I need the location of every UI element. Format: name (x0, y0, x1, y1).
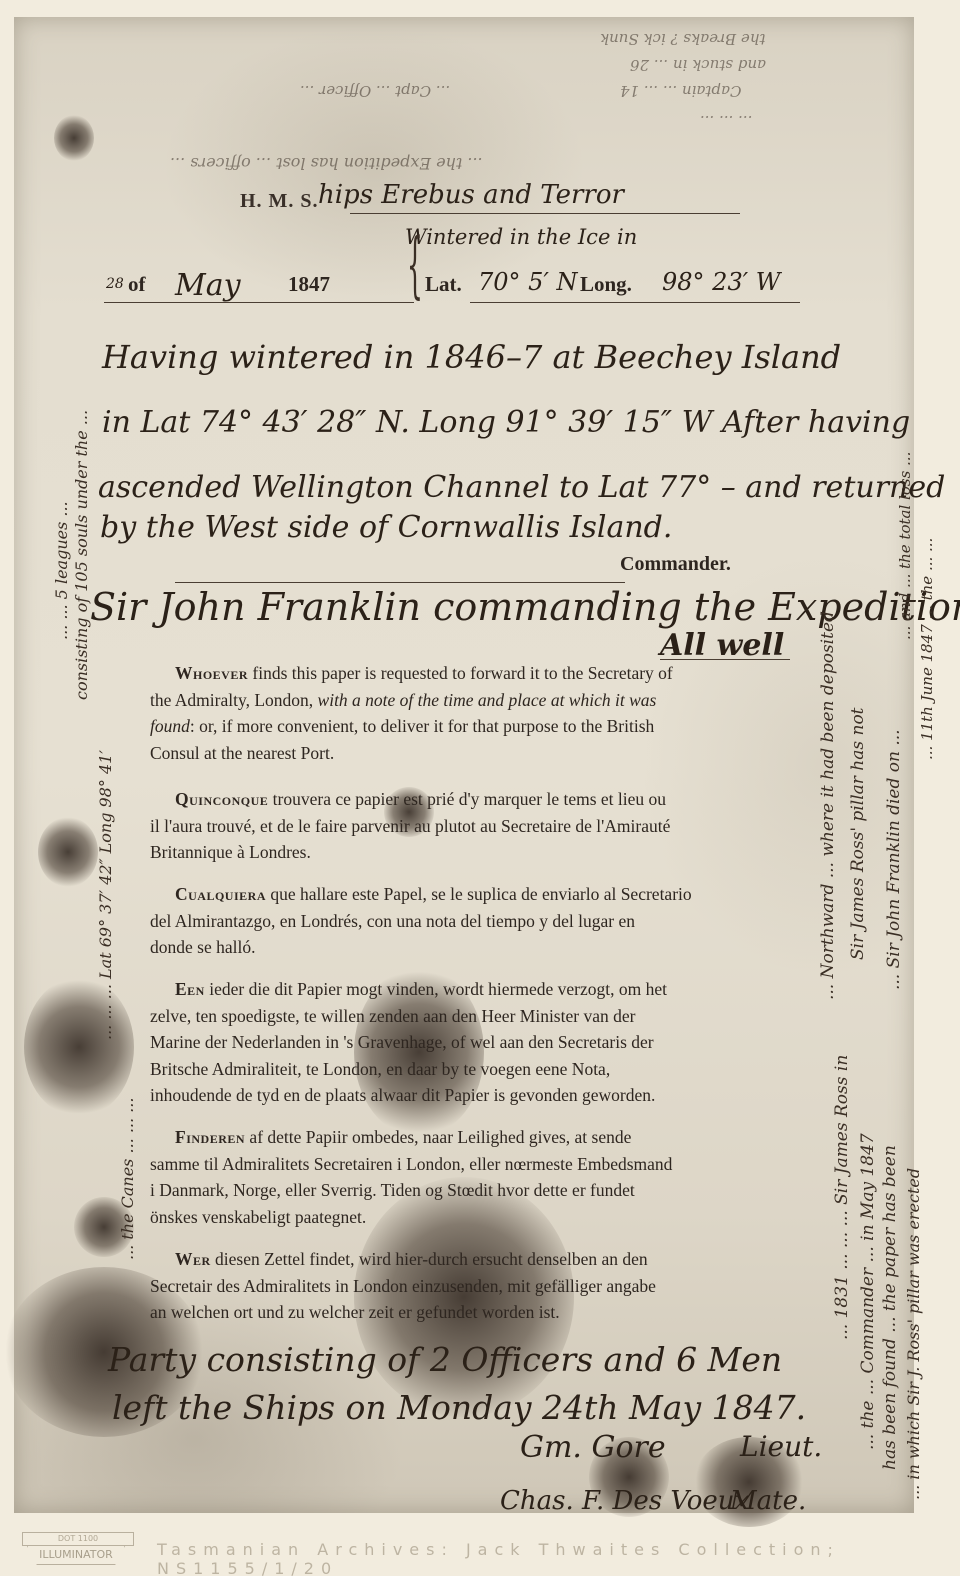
lat-label: Lat. (425, 272, 462, 297)
signature-des-voeux-rank: Mate. (730, 1486, 806, 1516)
header-underline (350, 213, 740, 214)
dutch-line-1: ieder die dit Papier mogt vinden, wordt … (205, 979, 667, 999)
german-line-2: Secretair des Admiralitets in London ein… (150, 1273, 815, 1300)
danish-line-1: af dette Papiir ombedes, naar Leilighed … (245, 1127, 631, 1147)
party-note-line-2: left the Ships on Monday 24th May 1847. (112, 1388, 806, 1427)
english-line-3: : or, if more convenient, to deliver it … (190, 716, 654, 736)
german-lead: Wer (175, 1249, 211, 1269)
french-line-2: il l'aura trouvé, et de le faire parveni… (150, 813, 815, 840)
margin-note-top-2: and stuck in ... 26 (630, 56, 766, 74)
commander-rule (175, 582, 625, 583)
paragraph-english: Whoever finds this paper is requested to… (175, 660, 815, 766)
long-label: Long. (580, 272, 632, 297)
lat-value: 70° 5′ N (478, 268, 578, 296)
margin-note-right-6: ... the ... Commander ... in May 1847 (858, 1133, 878, 1450)
wintered-in-ice: Wintered in the Ice in (405, 225, 637, 249)
paragraph-dutch: Een ieder die dit Papier mogt vinden, wo… (175, 976, 815, 1109)
main-note-line-1: Having wintered in 1846–7 at Beechey Isl… (102, 338, 841, 376)
margin-note-top-3: Captain ... ... 14 (620, 82, 741, 100)
main-note-line-2: in Lat 74° 43′ 28″ N. Long 91° 39′ 15″ W… (102, 405, 910, 440)
ink-stain (54, 115, 94, 161)
signature-gore: Gm. Gore (520, 1430, 666, 1465)
german-line-3: an welchen ort und zu welcher zeit er ge… (150, 1299, 815, 1326)
brace: { (407, 222, 423, 306)
english-line-2: the Admiralty, London, (150, 690, 318, 710)
margin-note-top-4: ... Capt ... Officer ... (300, 82, 450, 100)
spanish-line-3: donde se halló. (150, 934, 815, 961)
margin-note-right-3: ... Northward ... where it had been depo… (818, 611, 838, 1000)
printed-header-hms: H. M. S. (240, 190, 319, 213)
margin-note-right-4: Sir James Ross' pillar has not (848, 707, 868, 960)
german-line-1: diesen Zettel findet, wird hier-durch er… (211, 1249, 648, 1269)
margin-note-left-4: ... the Canes ... ... ... (118, 1098, 137, 1260)
latlong-underline (470, 302, 800, 303)
margin-note-top-5: ... ... ... (700, 112, 752, 130)
paragraph-spanish: Cualquiera que hallare este Papel, se le… (175, 881, 815, 961)
date-month: May (175, 268, 241, 303)
dutch-line-5: inhoudende de tyd en de plaats alwaar di… (150, 1082, 815, 1109)
english-italic: with a note of the time and place at whi… (318, 690, 657, 710)
main-note-line-3: ascended Wellington Channel to Lat 77° –… (98, 470, 945, 505)
dutch-line-2: zelve, ten spoedigste, te willen zenden … (150, 1003, 815, 1030)
danish-line-2: samme til Admiralitets Secretairen i Lon… (150, 1151, 815, 1178)
signature-gore-rank: Lieut. (740, 1430, 822, 1463)
margin-note-right-9: ... in which Sir J. Ross' pillar was ere… (904, 1168, 923, 1500)
dutch-lead: Een (175, 979, 205, 999)
party-note-line-1: Party consisting of 2 Officers and 6 Men (108, 1340, 782, 1379)
margin-note-top-1: the Breaks ? ick Sunk (600, 30, 765, 48)
date-year: 1847 (288, 272, 330, 297)
ink-stain (24, 977, 134, 1117)
spanish-line-1: que hallare este Papel, se le suplica de… (266, 884, 692, 904)
margin-note-right-5: ... 1831 ... ... ... Sir James Ross in (832, 1055, 852, 1340)
english-found: found (150, 716, 190, 736)
margin-note-left-1: ... ... 5 leagues ... (52, 501, 71, 640)
margin-note-top-inverted: ... the Expedition has lost ... officers… (170, 154, 483, 173)
danish-line-3: i Danmark, Norge, eller Sverrig. Tiden o… (150, 1177, 815, 1204)
paragraph-danish: Finderen af dette Papiir ombedes, naar L… (175, 1124, 815, 1230)
archive-credit: Tasmanian Archives: Jack Thwaites Collec… (157, 1540, 960, 1576)
dutch-line-3: Marine der Nederlanden in 's Gravenhage,… (150, 1029, 815, 1056)
date-day: 28 (106, 276, 124, 292)
paragraph-french: Quinconque trouvera ce papier est prié d… (175, 786, 815, 866)
french-lead: Quinconque (175, 789, 268, 809)
ship-names: hips Erebus and Terror (318, 180, 624, 210)
all-well: All well (660, 628, 784, 663)
margin-note-right-1: ... and ... the total loss ... (896, 452, 914, 640)
paragraph-german: Wer diesen Zettel findet, wird hier-durc… (175, 1246, 815, 1326)
spanish-lead: Cualquiera (175, 884, 266, 904)
long-value: 98° 23′ W (662, 268, 780, 296)
printed-commander: Commander. (620, 553, 731, 576)
dutch-line-4: Britsche Admiraliteit, te London, en daa… (150, 1056, 815, 1083)
margin-note-left-2: consisting of 105 souls under the ... (72, 410, 91, 700)
margin-note-right-2: ... 11th June 1847 ... the ... ... (918, 538, 936, 760)
logo-top-text: DOT 1100 (22, 1532, 134, 1546)
danish-lead: Finderen (175, 1127, 245, 1147)
english-line-1: finds this paper is requested to forward… (248, 663, 673, 683)
date-underline (104, 302, 414, 303)
ink-stain (38, 817, 98, 887)
french-line-3: Britannique à Londres. (150, 839, 815, 866)
margin-note-left-3: ... ... ... Lat 69° 37′ 42″ Long 98° 41′ (96, 750, 115, 1040)
margin-note-right-7: has been found ... the paper has been (880, 1145, 900, 1470)
spanish-line-2: del Almirantazgo, en Londrés, con una no… (150, 908, 815, 935)
french-line-1: trouvera ce papier est prié d'y marquer … (268, 789, 666, 809)
margin-note-right-8: ... Sir John Franklin died on ... (884, 729, 904, 990)
english-line-4: Consul at the nearest Port. (150, 740, 815, 767)
english-lead: Whoever (175, 663, 248, 683)
date-of: of (128, 272, 146, 297)
logo-bottom-text: ILLUMINATOR (27, 1546, 125, 1565)
main-note-line-4: by the West side of Cornwallis Island. (100, 510, 672, 545)
signature-des-voeux: Chas. F. Des Voeux (500, 1486, 749, 1516)
illuminator-logo: DOT 1100 ILLUMINATOR (22, 1532, 132, 1566)
danish-line-4: önskes venskabeligt paategnet. (150, 1204, 815, 1231)
